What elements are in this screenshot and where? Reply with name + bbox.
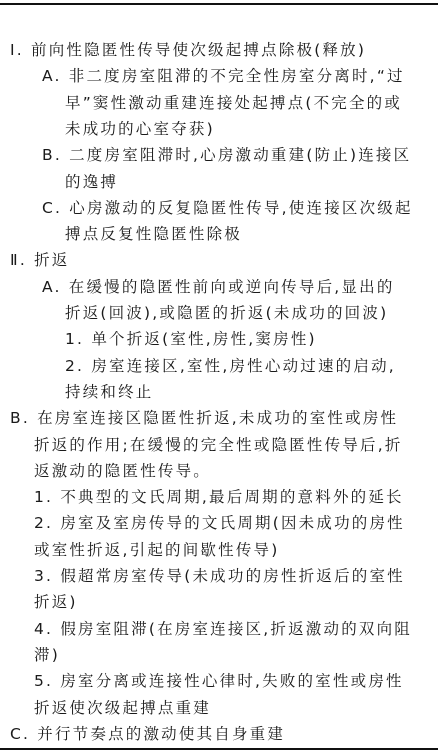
bottom-rule	[0, 748, 438, 750]
item-2b: B. 在房室连接区隐匿性折返,未成功的室性或房性	[10, 405, 398, 432]
item-2b-5: 5. 房室分离或连接性心律时,失败的室性或房性	[34, 668, 404, 695]
item-1c: C. 心房激动的反复隐匿性传导,使连接区次级起	[42, 195, 413, 222]
item-2a-1: 1. 单个折返(室性,房性,窦房性)	[65, 326, 317, 353]
item-2b-2: 2. 房室及室房传导的文氏周期(因未成功的房性	[34, 510, 405, 537]
item-2a-cont: 折返(回波),或隐匿的折返(未成功的回波)	[65, 300, 388, 327]
item-2b-4: 4. 假房室阻滞(在房室连接区,折返激动的双向阻	[34, 616, 412, 643]
item-2b-cont: 折返的作用;在缓慢的完全性或隐匿性传导后,折	[34, 432, 403, 459]
item-2a-2-cont: 持续和终止	[65, 379, 154, 406]
heading-2: Ⅱ. 折返	[10, 247, 69, 274]
item-1a-cont: 早”窦性激动重建连接处起搏点(不完全的或	[65, 90, 402, 117]
heading-1: Ⅰ. 前向性隐匿性传导使次级起搏点除极(释放)	[10, 37, 366, 64]
item-2b-3-cont: 折返)	[34, 589, 78, 616]
top-rule	[0, 3, 438, 5]
item-2b-4-cont: 滞)	[34, 642, 60, 669]
item-1b-cont: 的逸搏	[65, 169, 118, 196]
item-2b-3: 3. 假超常房室传导(未成功的房性折返后的室性	[34, 563, 405, 590]
item-2b-cont: 返激动的隐匿性传导。	[34, 458, 211, 485]
item-1c-cont: 搏点反复性隐匿性除极	[65, 221, 242, 248]
item-1a: A. 非二度房室阻滞的不完全性房室分离时,“过	[42, 63, 405, 90]
item-2b-5-cont: 折返使次级起搏点重建	[34, 695, 211, 722]
item-2a-2: 2. 房室连接区,室性,房性心动过速的启动,	[65, 353, 396, 380]
item-2b-1: 1. 不典型的文氏周期,最后周期的意料外的延长	[34, 484, 404, 511]
item-1b: B. 二度房室阻滞时,心房激动重建(防止)连接区	[42, 142, 411, 169]
item-2b-2-cont: 或室性折返,引起的间歇性传导)	[34, 537, 279, 564]
item-2a: A. 在缓慢的隐匿性前向或逆向传导后,显出的	[42, 274, 395, 301]
item-2c: C. 并行节奏点的激动使其自身重建	[10, 721, 285, 748]
item-1a-cont: 未成功的心室夺获)	[65, 116, 215, 143]
